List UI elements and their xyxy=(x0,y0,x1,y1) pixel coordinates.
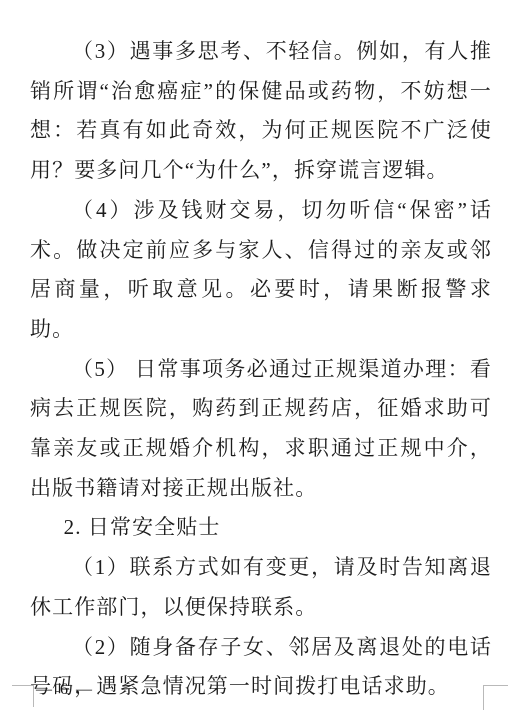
page-number: — 6 — xyxy=(36,681,94,699)
section-heading: 2. 日常安全贴士 xyxy=(30,508,492,548)
paragraph: （2）随身备存子女、邻居及离退处的电话号码，遇紧急情况第一时间拨打电话求助。 xyxy=(30,628,492,707)
document-body: （3）遇事多思考、不轻信。例如，有人推销所谓“治愈癌症”的保健品或药物，不妨想一… xyxy=(30,32,492,707)
paragraph: （4）涉及钱财交易，切勿听信“保密”话术。做决定前应多与家人、信得过的亲友或邻居… xyxy=(30,191,492,350)
paragraph: （3）遇事多思考、不轻信。例如，有人推销所谓“治愈癌症”的保健品或药物，不妨想一… xyxy=(30,32,492,191)
crop-mark-bottom-right-horizontal xyxy=(483,685,508,686)
paragraph: （5） 日常事项务必通过正规渠道办理：看病去正规医院，购药到正规药店，征婚求助可… xyxy=(30,350,492,509)
crop-mark-bottom-right-vertical xyxy=(483,685,484,710)
crop-mark-bottom-left-vertical xyxy=(33,685,34,707)
crop-mark-bottom-left-horizontal xyxy=(12,685,33,686)
paragraph: （1）联系方式如有变更，请及时告知离退休工作部门，以便保持联系。 xyxy=(30,548,492,627)
document-page: （3）遇事多思考、不轻信。例如，有人推销所谓“治愈癌症”的保健品或药物，不妨想一… xyxy=(0,0,522,711)
